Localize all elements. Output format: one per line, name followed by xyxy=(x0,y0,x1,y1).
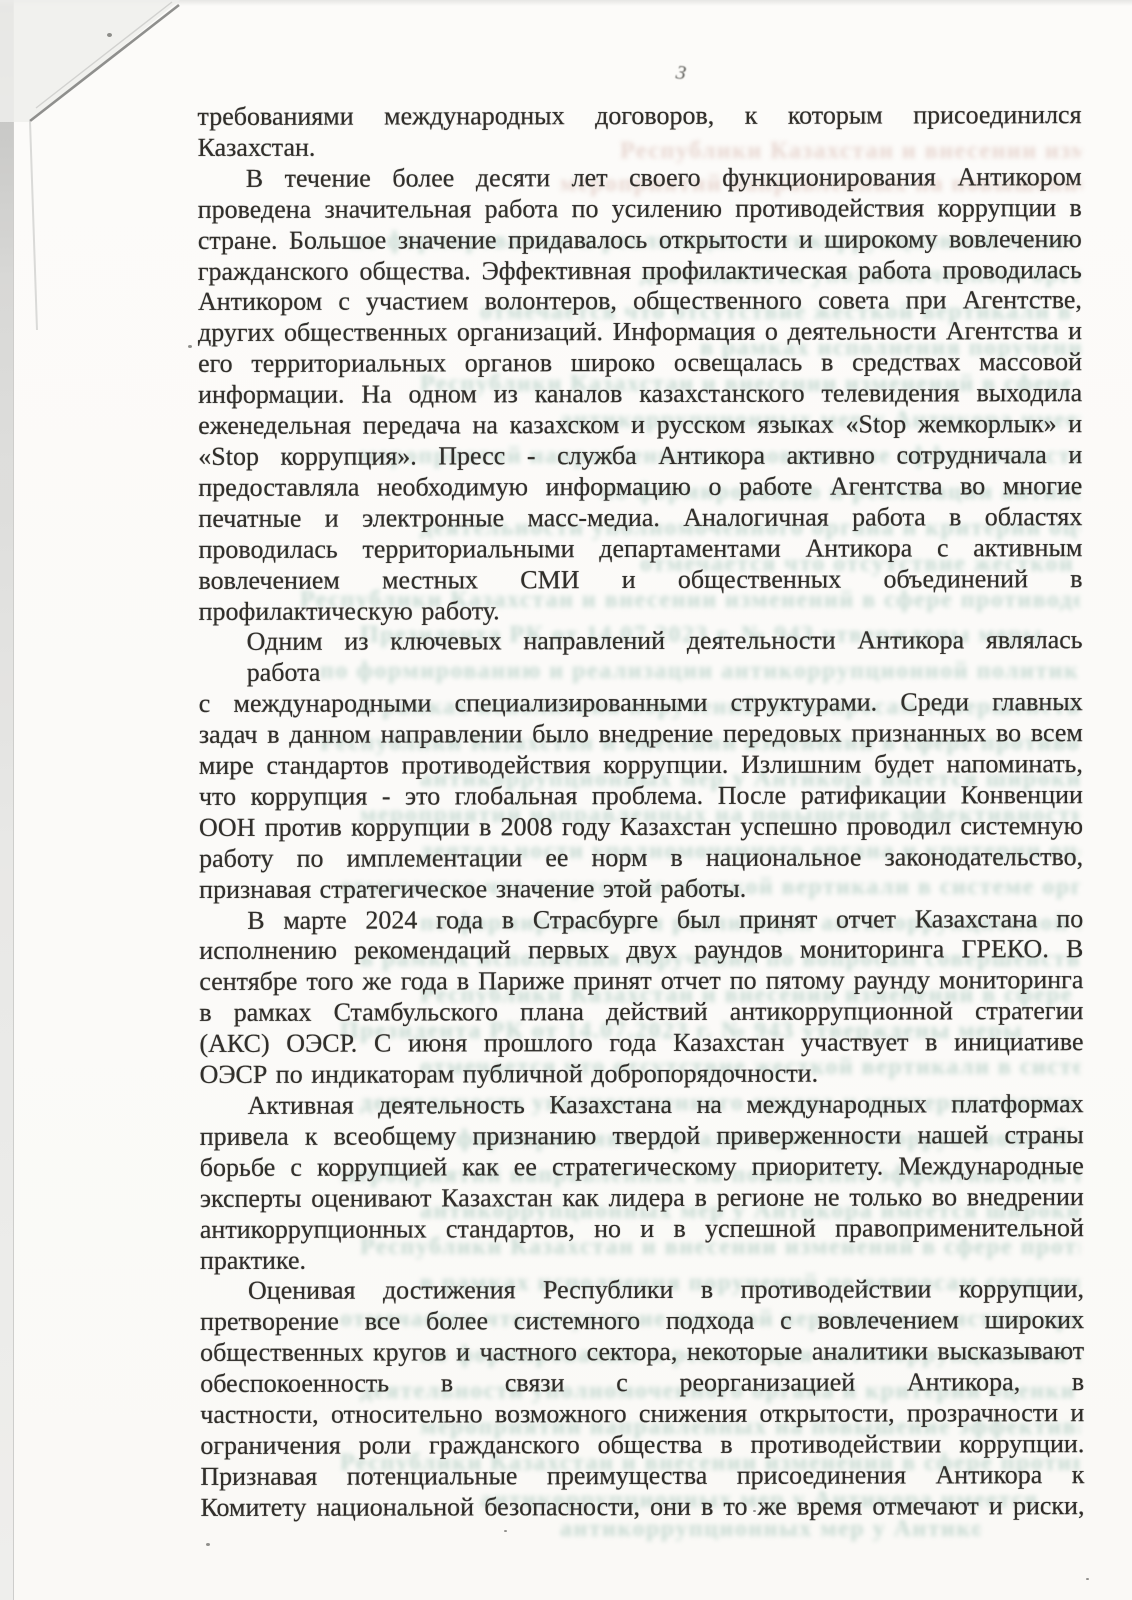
text-line: Одним из ключевых направлений деятельнос… xyxy=(199,625,1083,689)
text-line: проведена значительная работа по усилени… xyxy=(198,193,1082,226)
text-line: борьбе с коррупцией как ее стратегическо… xyxy=(200,1151,1084,1184)
text-line: предоставляла необходимую информацию о р… xyxy=(198,471,1082,504)
text-line: мире стандартов противодействия коррупци… xyxy=(199,749,1083,782)
text-line: признавая стратегическое значение этой р… xyxy=(199,873,1083,906)
text-line: привела к всеобщему признанию твердой пр… xyxy=(200,1120,1084,1153)
text-line: стране. Большое значение придавалось отк… xyxy=(198,224,1082,257)
text-line: других общественных организаций. Информа… xyxy=(198,316,1082,349)
text-line: информации. На одном из каналов казахста… xyxy=(198,378,1082,411)
text-line: исполнению рекомендаций первых двух раун… xyxy=(199,935,1083,968)
text-line: ограничения роли гражданского общества в… xyxy=(200,1429,1084,1462)
text-line: общественных кругов и частного сектора, … xyxy=(200,1336,1084,1369)
text-line: его территориальных органов широко освещ… xyxy=(198,347,1082,380)
text-line: Комитету национальной безопасности, они … xyxy=(200,1491,1084,1524)
dust-speck xyxy=(504,1530,507,1532)
page-number: 3 xyxy=(674,61,687,85)
text-line: В марте 2024 года в Страсбурге был приня… xyxy=(199,904,1083,937)
text-line: еженедельная передача на казахском и рус… xyxy=(198,409,1082,442)
dust-speck xyxy=(188,345,192,348)
text-line: гражданского общества. Эффективная профи… xyxy=(198,255,1082,288)
dust-speck xyxy=(753,1510,756,1512)
text-line: практике. xyxy=(200,1244,1084,1277)
text-line: Признавая потенциальные преимущества при… xyxy=(200,1460,1084,1493)
text-line: вовлечением местных СМИ и общественных о… xyxy=(198,564,1082,597)
dust-speck xyxy=(107,33,112,37)
text-line: проводилась территориальными департамент… xyxy=(198,533,1082,566)
text-line: эксперты оценивают Казахстан как лидера … xyxy=(200,1182,1084,1215)
text-line: работу по имплементации ее норм в национ… xyxy=(199,842,1083,875)
document-text: требованиями международных договоров, к … xyxy=(198,100,1085,1524)
text-line: задач в данном направлении было внедрени… xyxy=(199,718,1083,751)
text-line: антикоррупционных стандартов, но и в усп… xyxy=(200,1213,1084,1246)
text-line: профилактическую работу. xyxy=(199,595,1083,628)
text-line: требованиями международных договоров, к … xyxy=(198,100,1082,133)
text-line: претворение все более системного подхода… xyxy=(200,1305,1084,1338)
text-line: в рамках Стамбульского плана действий ан… xyxy=(199,996,1083,1029)
text-line: что коррупция - это глобальная проблема.… xyxy=(199,780,1083,813)
text-line: сентябре того же года в Париже принят от… xyxy=(199,965,1083,998)
text-line: печатные и электронные масс-медиа. Анало… xyxy=(198,502,1082,535)
text-line: Активная деятельность Казахстана на межд… xyxy=(200,1089,1084,1122)
text-line: обеспокоенность в связи с реорганизацией… xyxy=(200,1367,1084,1400)
text-line: Антикором с участием волонтеров, обществ… xyxy=(198,286,1082,319)
text-line: «Stop коррупция». Пресс - служба Антикор… xyxy=(198,440,1082,473)
text-line: ОЭСР по индикаторам публичной добропоряд… xyxy=(200,1058,1084,1091)
text-line: В течение более десяти лет своего функци… xyxy=(198,162,1082,195)
text-line: Оценивая достижения Республики в противо… xyxy=(200,1275,1084,1308)
text-line: Казахстан. xyxy=(198,131,1082,164)
text-line: ООН против коррупции в 2008 году Казахст… xyxy=(199,811,1083,844)
text-line: с международными специализированными стр… xyxy=(199,687,1083,720)
dust-speck xyxy=(206,1543,210,1546)
dust-speck xyxy=(1086,1578,1089,1580)
text-line: (АКС) ОЭСР. С июня прошлого года Казахст… xyxy=(199,1027,1083,1060)
scanned-document-page: Республики Казахстан и внесении изменени… xyxy=(0,0,1132,1600)
text-line: частности, относительно возможного сниже… xyxy=(200,1398,1084,1431)
